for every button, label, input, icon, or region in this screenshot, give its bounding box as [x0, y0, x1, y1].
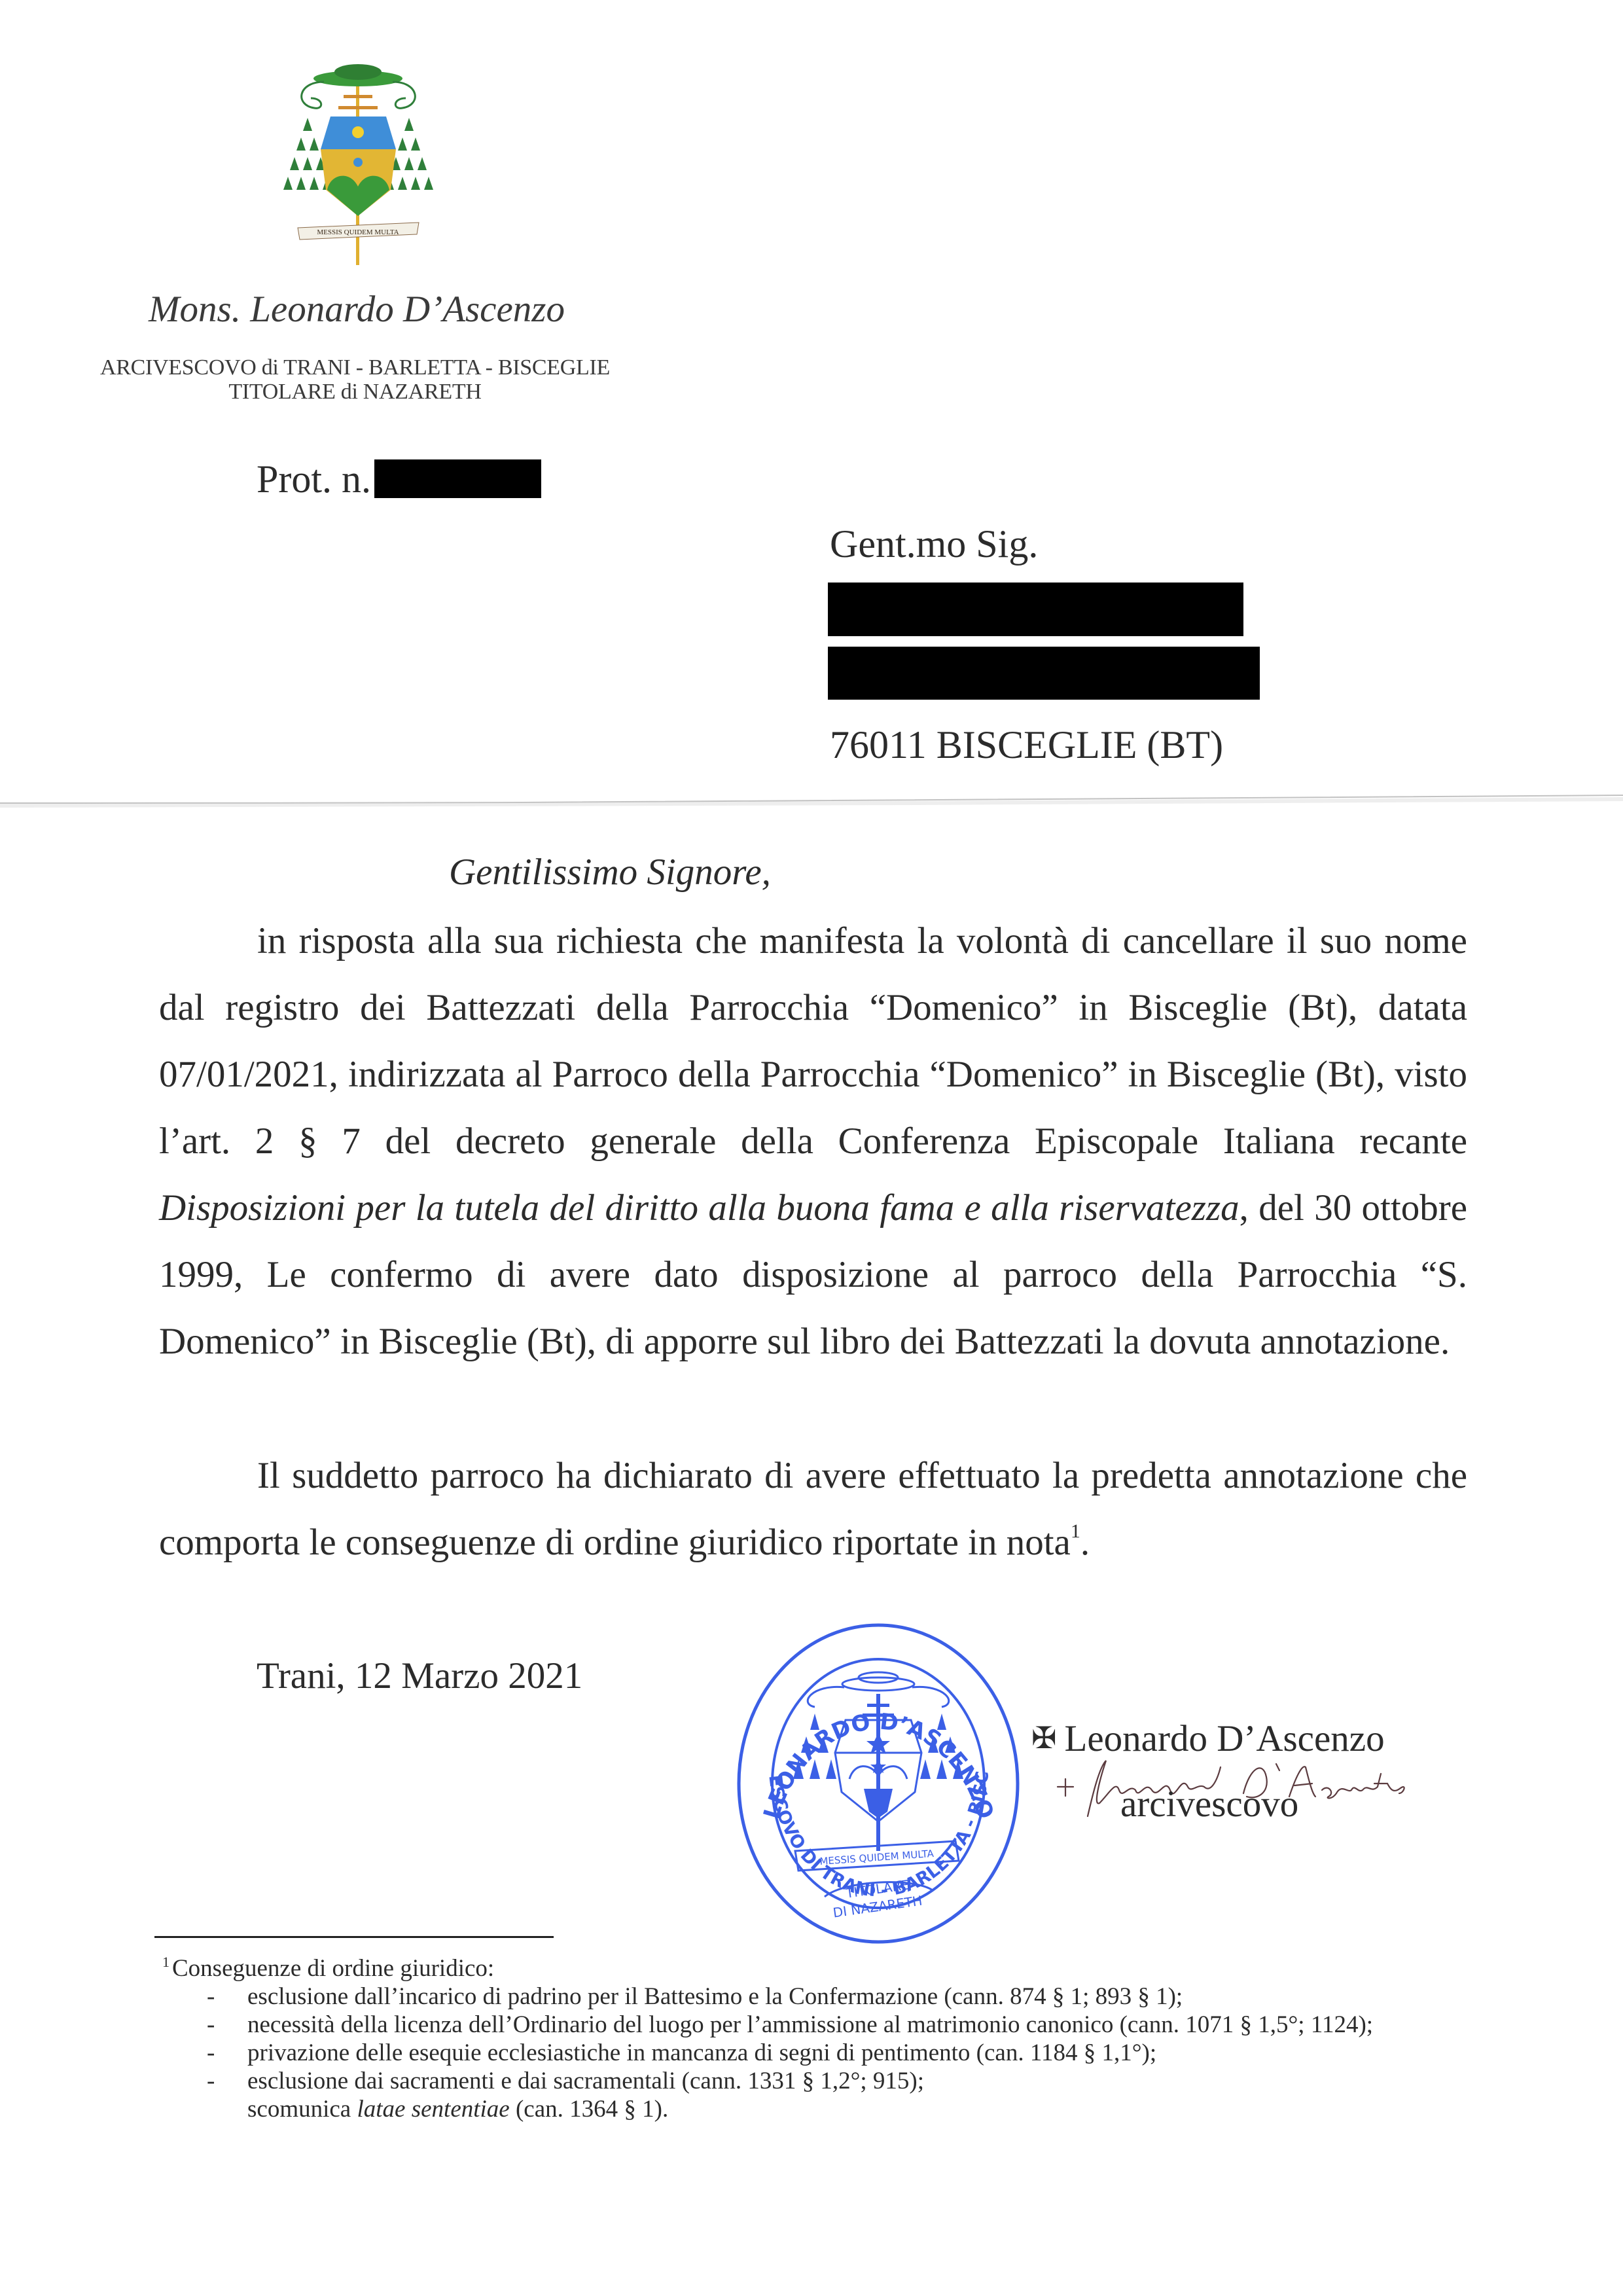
body-paragraph-2: Il suddetto parroco ha dichiarato di ave…: [159, 1443, 1467, 1576]
official-stamp-icon: LEONARDO D’ASCENZO ARCIVESCOVO DI TRANI …: [733, 1622, 1024, 1946]
paragraph-text: in risposta alla sua richiesta che manif…: [159, 920, 1467, 1162]
footnote-item-text: necessità della licenza dell’Ordinario d…: [247, 2011, 1373, 2038]
letter-date: Trani, 12 Marzo 2021: [257, 1655, 582, 1697]
footnote-item-text: esclusione dai sacramenti e dai sacramen…: [247, 2068, 924, 2094]
recipient-street-redacted: [828, 647, 1260, 700]
svg-text:MESSIS QUIDEM MULTA: MESSIS QUIDEM MULTA: [317, 228, 399, 236]
decree-title: Disposizioni per la tutela del diritto a…: [159, 1187, 1240, 1229]
footnote-item-text: esclusione dall’incarico di padrino per …: [247, 1983, 1183, 2010]
dash-bullet: -: [207, 2011, 215, 2039]
footnote: 1Conseguenze di ordine giuridico: -esclu…: [162, 1954, 1491, 2123]
footnote-item-text: (can. 1364 § 1).: [510, 2096, 669, 2123]
footnote-separator: [154, 1936, 554, 1938]
protocol-label: Prot. n.: [257, 457, 371, 502]
dash-bullet: -: [207, 2067, 215, 2095]
footnote-item-text: scomunica: [247, 2096, 357, 2123]
protocol-number-redacted: [374, 459, 541, 498]
footnote-item: -esclusione dai sacramenti e dai sacrame…: [162, 2067, 1491, 2095]
signatory-role: arcivescovo: [1120, 1783, 1298, 1825]
footnote-item: -privazione delle esequie ecclesiastiche…: [162, 2039, 1491, 2067]
dash-bullet: -: [207, 2039, 215, 2067]
sender-title: ARCIVESCOVO di TRANI - BARLETTA - BISCEG…: [0, 355, 710, 380]
paragraph-text: Il suddetto parroco ha dichiarato di ave…: [159, 1455, 1467, 1563]
paragraph-end: .: [1080, 1522, 1090, 1563]
body-paragraph-1: in risposta alla sua richiesta che manif…: [159, 908, 1467, 1375]
recipient-city: 76011 BISCEGLIE (BT): [830, 723, 1223, 768]
footnote-heading-text: Conseguenze di ordine giuridico:: [172, 1955, 494, 1982]
footnote-item-text: privazione delle esequie ecclesiastiche …: [247, 2039, 1156, 2066]
footnote-marker: 1: [162, 1954, 169, 1970]
footnote-reference[interactable]: 1: [1071, 1520, 1080, 1542]
coat-of-arms-icon: MESSIS QUIDEM MULTA: [278, 59, 438, 268]
footnote-item: -esclusione dall’incarico di padrino per…: [162, 1982, 1491, 2011]
signatory-name-text: Leonardo D’Ascenzo: [1065, 1718, 1385, 1759]
footnote-heading: 1Conseguenze di ordine giuridico:: [162, 1954, 1491, 1982]
latin-term: latae sententiae: [357, 2096, 509, 2123]
sender-name: Mons. Leonardo D’Ascenzo: [0, 288, 713, 331]
recipient-name-redacted: [828, 583, 1243, 636]
footnote-item: -necessità della licenza dell’Ordinario …: [162, 2011, 1491, 2039]
sender-subtitle: TITOLARE di NAZARETH: [0, 380, 710, 404]
footnote-item: scomunica latae sententiae (can. 1364 § …: [162, 2095, 1491, 2123]
dash-bullet: -: [207, 1982, 215, 2011]
paper-fold-line: [0, 789, 1623, 815]
footnote-list: -esclusione dall’incarico di padrino per…: [162, 1982, 1491, 2123]
cross-icon: ✠: [1031, 1721, 1057, 1755]
recipient-salutation: Gent.mo Sig.: [830, 522, 1038, 567]
greeting: Gentilissimo Signore,: [449, 851, 771, 893]
